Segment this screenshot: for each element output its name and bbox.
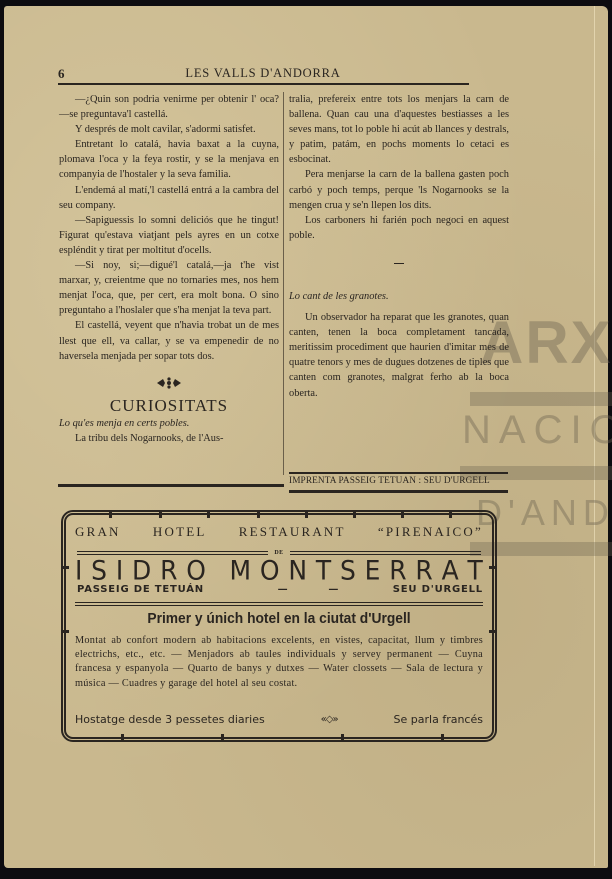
page-header: 6 LES VALLS D'ANDORRA — [56, 66, 470, 82]
paragraph: Los carboners hi farién poch negoci en a… — [289, 213, 509, 243]
letter: A — [442, 556, 459, 585]
column-divider — [283, 92, 284, 475]
ad-word: RESTAURANT — [239, 524, 346, 540]
ad-hotel-line: GRAN HOTEL RESTAURANT “PIRENAICO” — [75, 524, 483, 540]
imprint-rule — [289, 490, 508, 493]
ad-price-text: Hostatge desde 3 pessetes diaries — [75, 713, 265, 726]
letter: O — [260, 556, 280, 585]
article-subhead: Lo qu'es menja en certs pobles. — [59, 416, 279, 431]
ad-language-text: Se parla francés — [394, 713, 483, 726]
letter: D — [132, 556, 151, 585]
letter: S — [91, 556, 107, 585]
column-end-rule — [289, 472, 508, 474]
pipe-joint — [61, 566, 69, 569]
pipe-joint — [121, 734, 124, 742]
pipe-joint — [401, 510, 404, 518]
left-column: —¿Quin son podria venirme per obtenir l'… — [59, 92, 279, 446]
letter: O — [186, 556, 206, 585]
dash: — — [328, 584, 339, 595]
pipe-joint — [489, 630, 497, 633]
fleuron-icon — [155, 376, 183, 390]
paragraph: tralia, prefereix entre tots los menjars… — [289, 92, 509, 167]
page-fold-line — [594, 6, 595, 866]
paragraph: —¿Quin son podria venirme per obtenir l'… — [59, 92, 279, 122]
paragraph: El castellá, veyent que n'havia trobat u… — [59, 318, 279, 363]
ad-proprietor-name: I S I D R O M O N T S E R R A T — [75, 557, 483, 585]
letter: E — [365, 556, 381, 585]
paragraph: Entretant lo catalá, havia baxat a la cu… — [59, 137, 279, 182]
letter: I — [116, 556, 123, 585]
publication-title: LES VALLS D'ANDORRA — [56, 66, 470, 81]
letter: R — [389, 556, 406, 585]
section-title: CURIOSITATS — [59, 396, 279, 416]
header-rule — [58, 83, 469, 85]
right-column: tralia, prefereix entre tots los menjars… — [289, 92, 509, 401]
ad-word: GRAN — [75, 524, 121, 540]
ad-address-dashes: — — — [278, 584, 340, 595]
ad-headline: Primer y únich hotel en la ciutat d'Urge… — [78, 610, 479, 627]
ad-body-text: Montat ab confort modern ab habitacions … — [75, 634, 483, 691]
article-subhead: Lo cant de les granotes. — [289, 289, 509, 304]
paragraph: Un observador ha reparat que les granote… — [289, 310, 509, 401]
hotel-advertisement: GRAN HOTEL RESTAURANT “PIRENAICO” DE I S… — [61, 510, 497, 742]
letter: T — [316, 556, 331, 585]
pipe-joint — [449, 510, 452, 518]
imprint-line: IMPRENTA PASSEIG TETUAN : SEU D'URGELL — [289, 476, 511, 486]
paragraph: Y després de molt cavilar, s'adormi sati… — [59, 122, 279, 137]
ad-divider-rule — [75, 602, 483, 606]
letter: R — [415, 556, 432, 585]
paragraph: L'endemá al matí,'l castellá entrá a la … — [59, 183, 279, 213]
ad-word: “PIRENAICO” — [378, 524, 483, 540]
pipe-joint — [257, 510, 260, 518]
pipe-joint — [341, 734, 344, 742]
letter: M — [230, 556, 252, 585]
column-end-rule — [58, 484, 284, 487]
ad-footer: Hostatge desde 3 pessetes diaries «◇» Se… — [75, 713, 483, 726]
paragraph: Pera menjarse la carn de la ballena gast… — [289, 167, 509, 212]
pipe-joint — [61, 630, 69, 633]
pipe-joint — [207, 510, 210, 518]
paragraph: —Sapiguessis lo somni deliciós que he ti… — [59, 213, 279, 258]
ad-address-town: SEU D'URGELL — [393, 584, 483, 595]
letter: N — [288, 556, 307, 585]
dash: — — [278, 584, 289, 595]
separator-dash — [289, 243, 509, 277]
pipe-joint — [109, 510, 112, 518]
pipe-joint — [305, 510, 308, 518]
pipe-joint — [441, 734, 444, 742]
letter-space — [215, 556, 221, 585]
paragraph: La tribu dels Nogarnooks, de l'Aus- — [59, 431, 279, 446]
letter: T — [467, 556, 482, 585]
pipe-joint — [159, 510, 162, 518]
pipe-joint — [353, 510, 356, 518]
letter: I — [75, 556, 82, 585]
ad-address-row: PASSEIG DE TETUÁN — — SEU D'URGELL — [77, 584, 483, 595]
ad-word: HOTEL — [153, 524, 207, 540]
fleuron-ornament-icon — [59, 376, 279, 394]
letter: R — [160, 556, 177, 585]
diamond-ornament-icon: «◇» — [321, 714, 338, 725]
pipe-joint — [221, 734, 224, 742]
pipe-joint — [489, 566, 497, 569]
paragraph: —Si noy, si;—digué'l catalá,—ja t'he vis… — [59, 258, 279, 318]
letter: S — [340, 556, 356, 585]
ad-address-street: PASSEIG DE TETUÁN — [77, 584, 204, 595]
